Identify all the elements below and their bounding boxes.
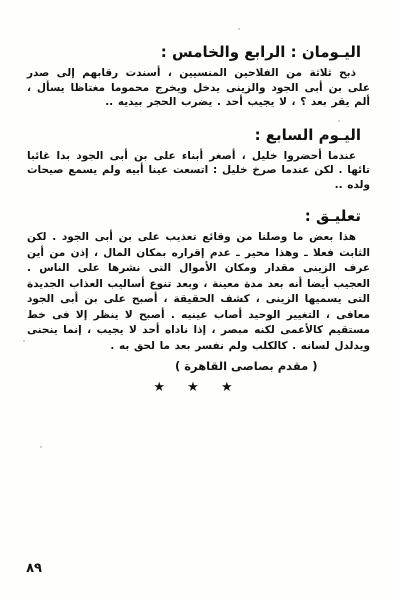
section-heading-commentary: تعليـق : [0, 206, 395, 226]
page-number: ٨٩ [0, 561, 42, 576]
section-divider-stars: ★ ★ ★ [0, 380, 395, 395]
section-commentary: تعليـق : هذا بعض ما وصلنا من وقائع تعذيب… [0, 206, 395, 354]
section-heading-day-seven: اليـوم السابع : [0, 125, 395, 145]
scan-speck [40, 446, 42, 448]
scan-speck [338, 120, 340, 122]
section-body-commentary: هذا بعض ما وصلنا من وقائع تعذيب على بن أ… [0, 230, 395, 354]
credit-line: ( مقدم بصاصى القاهرة ) [0, 359, 395, 373]
book-page: اليـومان : الرابع والخامس : ذبح ثلاثة من… [0, 0, 395, 598]
section-day-seven: اليـوم السابع : عندما أحضروا خليل ، أصغر… [0, 125, 395, 193]
scan-speck [238, 28, 240, 30]
section-body-day-seven: عندما أحضروا خليل ، أصغر أبناء على بن أب… [0, 149, 395, 193]
section-body-days-four-five: ذبح ثلاثة من الفلاحين المنسيين ، أسندت ر… [0, 66, 395, 110]
page-content: اليـومان : الرابع والخامس : ذبح ثلاثة من… [0, 42, 395, 395]
section-heading-days-four-five: اليـومان : الرابع والخامس : [0, 42, 395, 62]
section-days-four-five: اليـومان : الرابع والخامس : ذبح ثلاثة من… [0, 42, 395, 110]
scan-speck [23, 340, 25, 342]
